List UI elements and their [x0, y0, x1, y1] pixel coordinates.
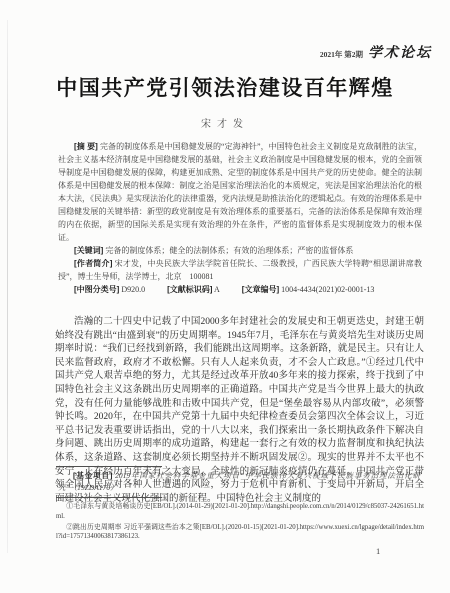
clc-value: D920.0: [121, 285, 145, 294]
clc-item: [中图分类号] D920.0: [74, 285, 145, 294]
abstract-text: 完备的制度体系是中国稳健发展的“定海神针”，中国特色社会主义制度是克敌制胜的法宝…: [58, 142, 422, 242]
article-id-label: [文章编号]: [242, 285, 279, 294]
keywords-label: [关键词]: [74, 246, 103, 255]
fund-label: [基金项目]: [73, 471, 112, 480]
article-id-item: [文章编号] 1004-4434(2021)02-0001-13: [242, 285, 375, 294]
article-title: 中国共产党引领法治建设百年辉煌: [0, 72, 450, 102]
fund-separator-rule: [56, 466, 162, 467]
clc-label: [中图分类号]: [74, 285, 119, 294]
footnotes: ①毛泽东与黄炎培畅谈历史[EB/OL].(2014-01-29)[2021-01…: [56, 502, 424, 543]
author-bio-paragraph: [作者简介] 宋才发，中央民族大学法学院首任院长、二级教授，广西民族大学特聘“相…: [58, 257, 422, 283]
front-matter: [摘 要] 完备的制度体系是中国稳健发展的“定海神针”，中国特色社会主义制度是克…: [58, 140, 422, 296]
doc-code-label: [文献标识码]: [167, 285, 212, 294]
issue-info: 2021年 第2期: [320, 49, 363, 60]
author-bio-label: [作者简介]: [74, 259, 112, 268]
article-id-value: 1004-4434(2021)02-0001-13: [281, 285, 374, 294]
footnote-separator-rule: [56, 497, 162, 498]
fund-note: [基金项目] 2019年国家社会科学基金重大项目“中华民族伟大复兴视域下民族事务…: [58, 470, 420, 493]
page-number: 1: [376, 546, 380, 556]
author-bio-text: 宋才发，中央民族大学法学院首任院长、二级教授，广西民族大学特聘“相思湖讲席教授”…: [58, 259, 422, 281]
classification-line: [中图分类号] D920.0 [文献标识码] A [文章编号] 1004-443…: [58, 283, 422, 296]
author-name: 宋才发: [0, 115, 450, 130]
doc-code-item: [文献标识码] A: [167, 285, 220, 294]
journal-header: 2021年 第2期 学术论坛: [320, 42, 432, 62]
footnote-1: ①毛泽东与黄炎培畅谈历史[EB/OL].(2014-01-29)[2021-01…: [56, 502, 424, 522]
fund-text: 2019年国家社会科学基金重大项目“中华民族伟大复兴视域下民族事务治理法治化研究…: [58, 471, 420, 492]
keywords-paragraph: [关键词] 完备的制度体系；健全的法制体系；有效的治理体系；严密的监督体系: [58, 244, 422, 257]
abstract-paragraph: [摘 要] 完备的制度体系是中国稳健发展的“定海神针”，中国特色社会主义制度是克…: [58, 140, 422, 244]
doc-code-value: A: [214, 285, 220, 294]
journal-name: 学术论坛: [368, 42, 432, 62]
keywords-text: 完备的制度体系；健全的法制体系；有效的治理体系；严密的监督体系: [105, 246, 353, 255]
footnote-2: ②跳出历史周期率 习近平强调这些治本之策[EB/OL].(2020-01-15)…: [56, 523, 424, 543]
journal-article-page: 2021年 第2期 学术论坛 中国共产党引领法治建设百年辉煌 宋才发 [摘 要]…: [0, 0, 450, 593]
abstract-label: [摘 要]: [74, 142, 98, 151]
